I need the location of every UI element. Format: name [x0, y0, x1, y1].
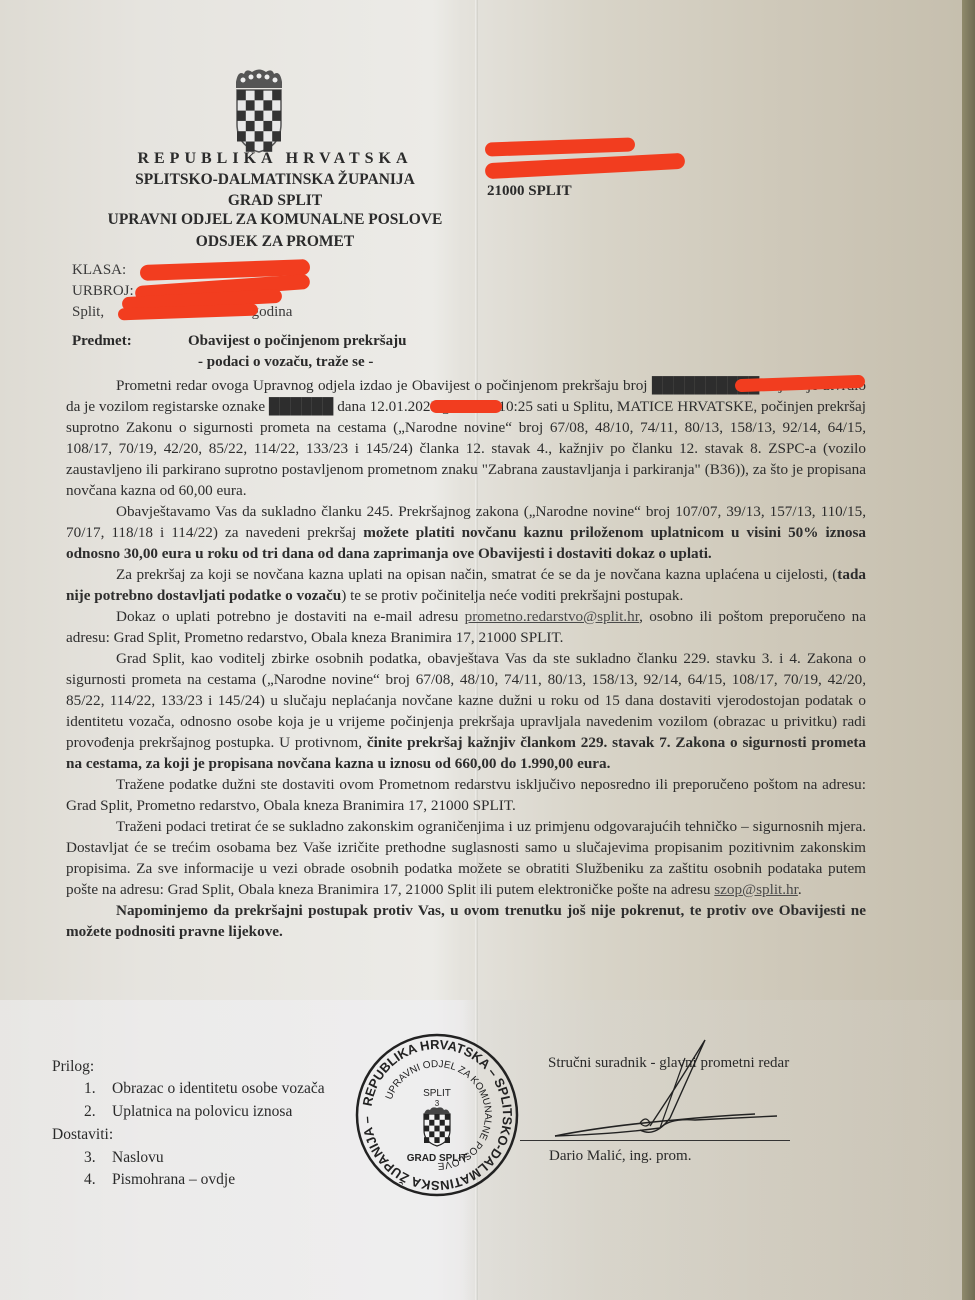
stamp-center-top: SPLIT [423, 1088, 451, 1099]
country-heading: REPUBLIKA HRVATSKA [55, 150, 495, 168]
attachment-item: 2.Uplatnica na polovicu iznosa [84, 1103, 292, 1121]
subject-line-2: - podaci o vozaču, traže se - [198, 354, 373, 371]
paragraph-driver-data: Grad Split, kao voditelj zbirke osobnih … [66, 648, 866, 774]
croatian-coat-of-arms-icon [232, 68, 286, 154]
paragraph-violation: Prometni redar ovoga Upravnog odjela izd… [66, 375, 866, 501]
recipient-city: 21000 SPLIT [487, 183, 572, 200]
paragraph-paid-in-full: Za prekršaj za koji se novčana kazna upl… [66, 564, 866, 606]
subject-line-1: Obavijest o počinjenom prekršaju [188, 333, 406, 350]
city-heading: GRAD SPLIT [55, 192, 495, 210]
department-heading: UPRAVNI ODJEL ZA KOMUNALNE POSLOVE [55, 211, 495, 229]
place-date-suffix: godina [252, 304, 293, 320]
attachment-item: 1.Obrazac o identitetu osobe vozača [84, 1080, 325, 1098]
paragraph-delivery: Tražene podatke dužni ste dostaviti ovom… [66, 774, 866, 816]
deliver-item: 3.Naslovu [84, 1149, 164, 1167]
stamp-center-num: 3 [435, 1099, 440, 1108]
attachments-label: Prilog: [52, 1058, 94, 1076]
paragraph-proof: Dokaz o uplati potrebno je dostaviti na … [66, 606, 866, 648]
paragraph-payment: Obavještavamo Vas da sukladno članku 245… [66, 501, 866, 564]
paragraph-notice: Napominjemo da prekršajni postupak proti… [66, 900, 866, 942]
official-stamp: REPUBLIKA HRVATSKA – SPLITSKO-DALMATINSK… [352, 1030, 522, 1200]
signer-name: Dario Malić, ing. prom. [549, 1148, 691, 1165]
stamp-center-bottom: GRAD SPLIT [407, 1153, 468, 1164]
klasa-label: KLASA: [72, 262, 126, 279]
deliver-item: 4.Pismohrana – ovdje [84, 1171, 235, 1189]
subject-label: Predmet: [72, 333, 132, 350]
place-date-prefix: Split, [72, 304, 104, 320]
stamp-coat-of-arms-icon [424, 1107, 450, 1146]
letter-body: Prometni redar ovoga Upravnog odjela izd… [66, 375, 866, 942]
deliver-label: Dostaviti: [52, 1126, 113, 1144]
background-edge [962, 0, 975, 1300]
redaction-mark [430, 400, 502, 413]
paragraph-privacy: Traženi podaci tretirat će se sukladno z… [66, 816, 866, 900]
county-heading: SPLITSKO-DALMATINSKA ŽUPANIJA [55, 171, 495, 189]
signature-line [520, 1140, 790, 1141]
email-link-szop[interactable]: szop@split.hr [714, 881, 798, 898]
section-heading: ODSJEK ZA PROMET [55, 233, 495, 251]
email-link-redarstvo[interactable]: prometno.redarstvo@split.hr [465, 608, 640, 625]
handwritten-signature [545, 1038, 785, 1148]
